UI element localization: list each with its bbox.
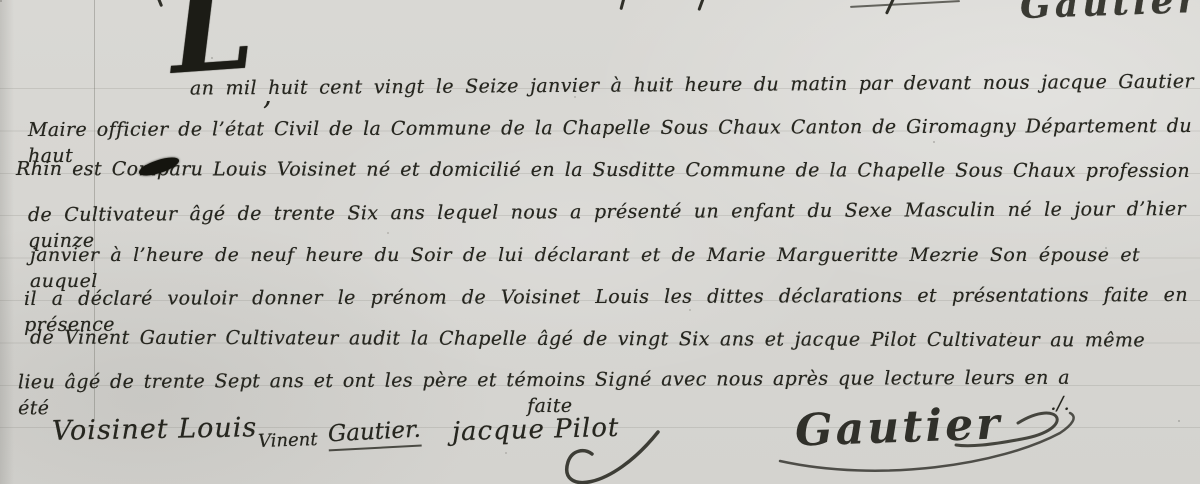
paper-specks bbox=[0, 0, 2, 2]
act-line-3: Rhin est Comparu Louis Voisinet né et do… bbox=[16, 156, 1190, 184]
manuscript-page: Gautier L ’ an mil huit cent vingt le Se… bbox=[0, 0, 1200, 484]
stray-stroke bbox=[619, 0, 625, 10]
act-line-7: de Vinent Gautier Cultivateur audit la C… bbox=[30, 325, 1145, 354]
signature-mayor: Gautier bbox=[794, 398, 1003, 456]
stray-stroke bbox=[885, 0, 896, 15]
signature-witness1-firstname: Vinent bbox=[258, 429, 318, 452]
signature-witness1-surname: Gautier. bbox=[327, 417, 421, 452]
stray-underline-stroke bbox=[850, 0, 960, 8]
act-line-1: an mil huit cent vingt le Seize janvier … bbox=[190, 68, 1194, 101]
signature-declarant: Voisinet Louis bbox=[52, 412, 258, 447]
mayor-signature-top-partial: Gautier bbox=[1019, 0, 1200, 27]
stray-stroke bbox=[697, 0, 705, 11]
stray-stroke bbox=[156, 0, 163, 7]
signature-witness2: jacque Pilot bbox=[452, 413, 620, 447]
